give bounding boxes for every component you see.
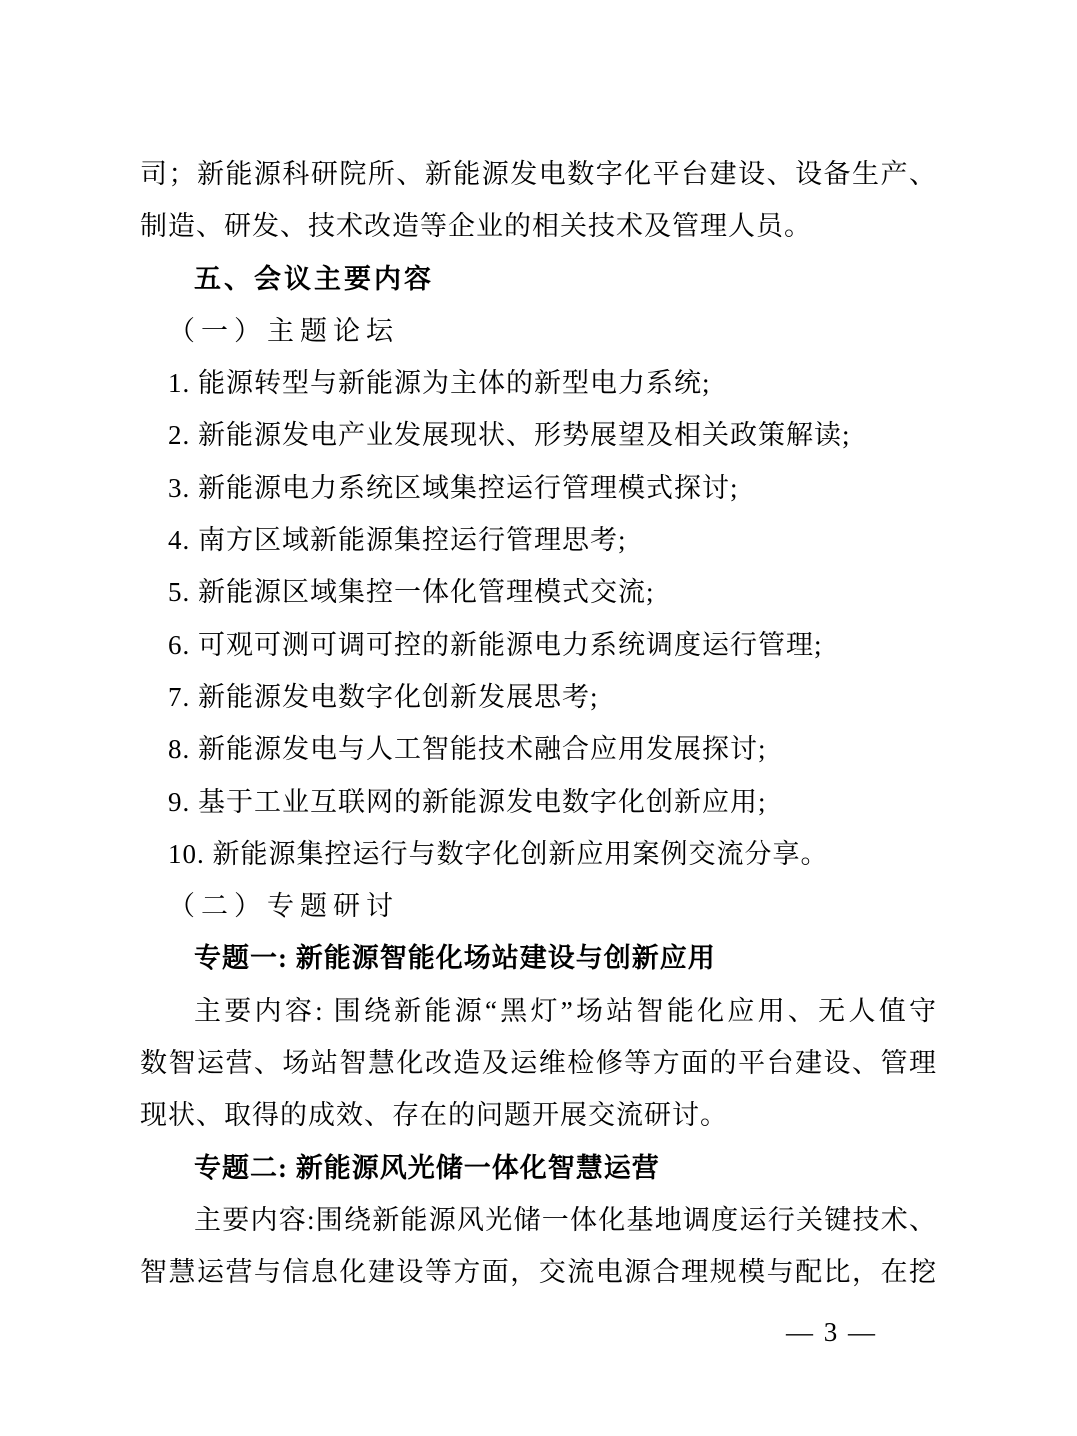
paragraph-continuation-line-2: 制造、研发、技术改造等企业的相关技术及管理人员。 <box>140 200 937 252</box>
topic-1-content-line-2: 数智运营、场站智慧化改造及运维检修等方面的平台建设、管理 <box>140 1037 937 1089</box>
forum-topic-item-1: 1. 能源转型与新能源为主体的新型电力系统; <box>140 357 937 409</box>
paragraph-continuation-line-1: 司；新能源科研院所、新能源发电数字化平台建设、设备生产、 <box>140 148 937 200</box>
page-number: — 3 — <box>786 1306 877 1358</box>
forum-topic-item-9: 9. 基于工业互联网的新能源发电数字化创新应用; <box>140 776 937 828</box>
section-heading-5: 五、会议主要内容 <box>140 253 937 305</box>
forum-topic-item-8: 8. 新能源发电与人工智能技术融合应用发展探讨; <box>140 723 937 775</box>
document-body: 司；新能源科研院所、新能源发电数字化平台建设、设备生产、 制造、研发、技术改造等… <box>140 148 937 1299</box>
topic-1-content-line-3: 现状、取得的成效、存在的问题开展交流研讨。 <box>140 1089 937 1141</box>
topic-2-heading: 专题二: 新能源风光储一体化智慧运营 <box>140 1142 937 1194</box>
subsection-heading-1: （一）主题论坛 <box>140 305 937 357</box>
topic-2-content-line-2: 智慧运营与信息化建设等方面，交流电源合理规模与配比，在挖 <box>140 1246 937 1298</box>
forum-topic-item-5: 5. 新能源区域集控一体化管理模式交流; <box>140 566 937 618</box>
forum-topic-item-7: 7. 新能源发电数字化创新发展思考; <box>140 671 937 723</box>
topic-1-content-line-1: 主要内容: 围绕新能源“黑灯”场站智能化应用、无人值守 <box>140 985 937 1037</box>
forum-topic-item-4: 4. 南方区域新能源集控运行管理思考; <box>140 514 937 566</box>
subsection-heading-2: （二）专题研讨 <box>140 880 937 932</box>
topic-2-content-line-1: 主要内容:围绕新能源风光储一体化基地调度运行关键技术、 <box>140 1194 937 1246</box>
topic-1-heading: 专题一: 新能源智能化场站建设与创新应用 <box>140 932 937 984</box>
forum-topic-item-3: 3. 新能源电力系统区域集控运行管理模式探讨; <box>140 462 937 514</box>
document-page: 司；新能源科研院所、新能源发电数字化平台建设、设备生产、 制造、研发、技术改造等… <box>0 0 1077 1436</box>
forum-topic-item-6: 6. 可观可测可调可控的新能源电力系统调度运行管理; <box>140 619 937 671</box>
forum-topic-item-10: 10. 新能源集控运行与数字化创新应用案例交流分享。 <box>140 828 937 880</box>
forum-topic-item-2: 2. 新能源发电产业发展现状、形势展望及相关政策解读; <box>140 409 937 461</box>
